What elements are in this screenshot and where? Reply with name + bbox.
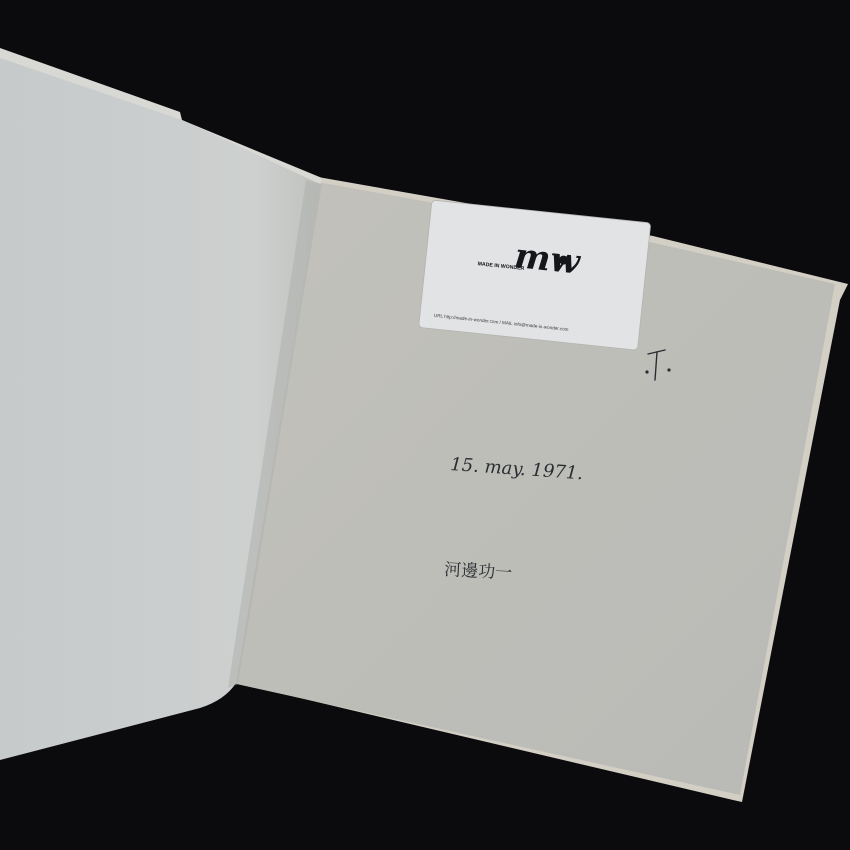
book-photo — [0, 0, 850, 850]
